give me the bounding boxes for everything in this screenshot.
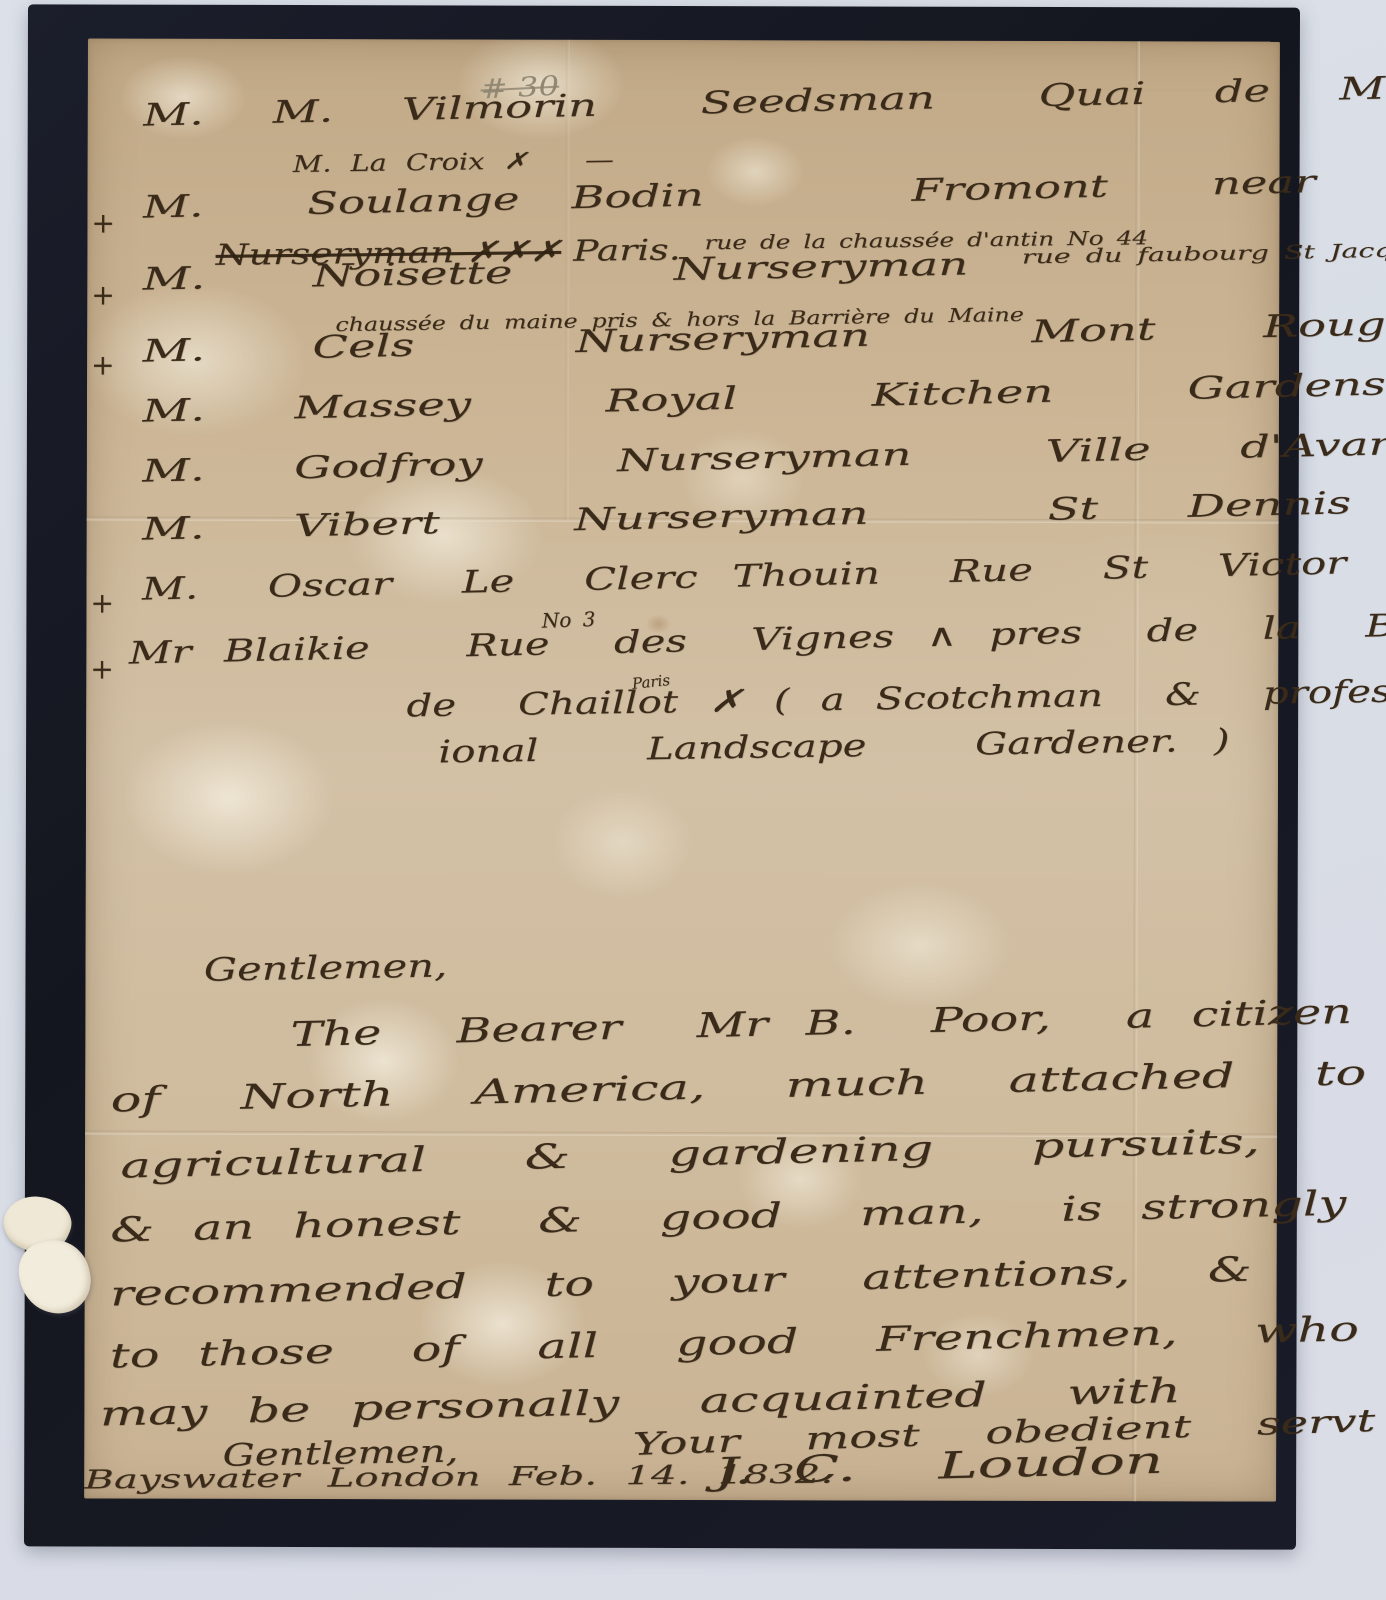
plus-marker-oscar: +: [90, 589, 114, 620]
body-salutation: Gentlemen,: [204, 948, 448, 988]
line-oscar-leclerc: M. Oscar Le Clerc Thouin Rue St Victor N…: [142, 538, 1386, 607]
plus-marker-noisette: +: [91, 281, 115, 312]
body-line-north-america: of North America, much attached to: [110, 1055, 1366, 1120]
letter-black-mat: # 30 M. M. Vilmorin Seedsman Quai de Meg…: [24, 4, 1300, 1549]
line-landscape-gardener: ional Landscape Gardener. ): [438, 724, 1230, 770]
line-vibert: M. Vibert Nurseryman St Dennis: [142, 486, 1352, 546]
plus-marker-cels: +: [91, 351, 115, 382]
photo-background: # 30 M. M. Vilmorin Seedsman Quai de Meg…: [0, 0, 1386, 1600]
letter-paper: # 30 M. M. Vilmorin Seedsman Quai de Meg…: [84, 38, 1280, 1501]
line-godfroy: M. Godfroy Nurseryman Ville d'Avary: [142, 427, 1386, 489]
line-blaikie: Mr Blaikie Rue des Vignes ∧ pres de la B…: [128, 606, 1386, 671]
line-lacroix-inserted: M. La Croix ✗ —: [293, 148, 614, 178]
body-line-honest-good-man: & an honest & good man, is strongly: [110, 1186, 1347, 1250]
line-vilmorin: M. M. Vilmorin Seedsman Quai de Megasser…: [143, 66, 1386, 132]
line-chaillot-scotchman: de Chaillot ✗ ( a Scotchman & profess: [406, 674, 1386, 723]
body-line-recommended: recommended to your attentions, &: [110, 1252, 1252, 1314]
body-line-bearer: The Bearer Mr B. Poor, a citizen: [290, 994, 1352, 1055]
closing-signature: J. C. Loudon: [714, 1441, 1163, 1493]
plus-marker-soulange: +: [91, 209, 115, 240]
body-line-frenchmen: to those of all good Frenchmen, who: [110, 1311, 1360, 1376]
plus-marker-blaikie: +: [90, 655, 114, 686]
line-massey: M. Massey Royal Kitchen Gardens Versaill…: [142, 361, 1386, 429]
